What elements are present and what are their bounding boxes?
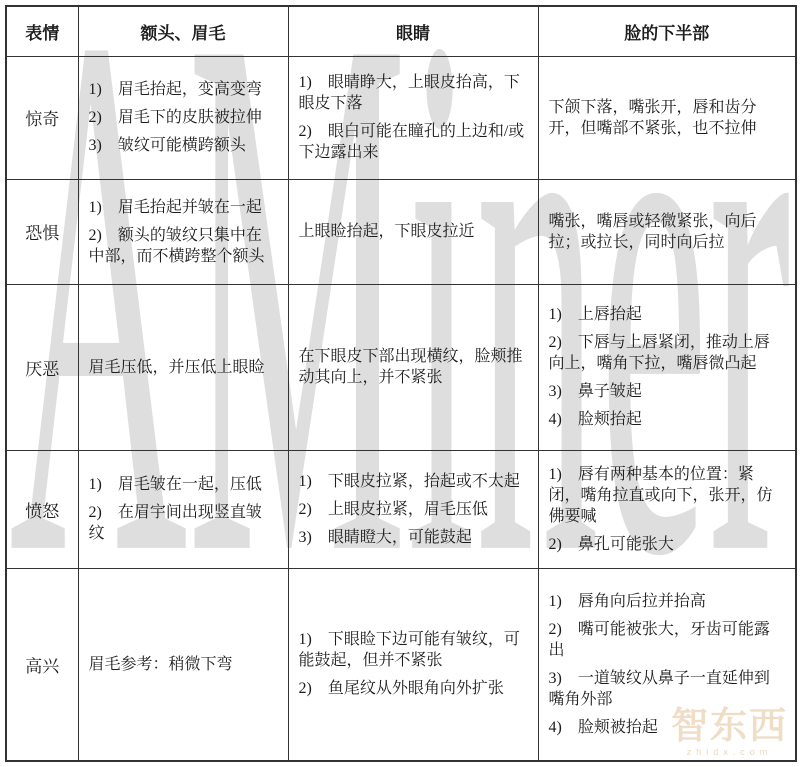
table-row-disgust: 厌恶 眉毛压低，并压低上眼睑 在下眼皮下部出现横纹，脸颊推动其向上，并不紧张 1… [6,285,796,450]
cell-paragraph: 2) 鱼尾纹从外眼角向外扩张 [299,678,528,699]
cell-paragraph: 2) 上眼皮拉紧，眉毛压低 [299,499,528,520]
cell-paragraph: 3) 眼睛瞪大，可能鼓起 [299,527,528,548]
forehead-cell: 眉毛参考：稍微下弯 [78,568,288,761]
forehead-cell: 1) 眉毛抬起并皱在一起2) 额头的皱纹只集中在中部，而不横跨整个额头 [78,179,288,284]
emotion-label: 高兴 [6,568,78,761]
cell-paragraph: 1) 眉毛皱在一起，压低 [89,474,278,495]
cell-paragraph: 下颌下落，嘴张开，唇和齿分开，但嘴部不紧张，也不拉伸 [549,97,786,139]
cell-paragraph: 1) 眼睛睁大，上眼皮抬高，下眼皮下落 [299,72,528,114]
cell-paragraph: 眉毛参考：稍微下弯 [89,654,278,675]
facial-expression-table: 表情 额头、眉毛 眼睛 脸的下半部 惊奇 1) 眉毛抬起，变高变弯2) 眉毛下的… [5,5,797,762]
eyes-cell: 1) 眼睛睁大，上眼皮抬高，下眼皮下落2) 眼白可能在瞳孔的上边和/或下边露出来 [288,56,538,179]
emotion-label: 厌恶 [6,285,78,450]
cell-paragraph: 1) 眉毛抬起，变高变弯 [89,79,278,100]
cell-paragraph: 2) 在眉宇间出现竖直皱纹 [89,502,278,544]
forehead-cell: 眉毛压低，并压低上眼睑 [78,285,288,450]
cell-paragraph: 3) 一道皱纹从鼻子一直延伸到嘴角外部 [549,668,786,710]
table-row-fear: 恐惧 1) 眉毛抬起并皱在一起2) 额头的皱纹只集中在中部，而不横跨整个额头 上… [6,179,796,284]
lower-face-cell: 下颌下落，嘴张开，唇和齿分开，但嘴部不紧张，也不拉伸 [538,56,796,179]
cell-paragraph: 2) 鼻孔可能张大 [549,534,786,555]
lower-face-cell: 嘴张，嘴唇或轻微紧张，向后拉；或拉长，同时向后拉 [538,179,796,284]
cell-paragraph: 4) 脸颊被抬起 [549,717,786,738]
lower-face-cell: 1) 唇有两种基本的位置：紧闭，嘴角拉直或向下，张开，仿佛要喊2) 鼻孔可能张大 [538,450,796,568]
emotion-label: 愤怒 [6,450,78,568]
page: AMiner 表情 额头、眉毛 眼睛 脸的下半部 惊奇 1) 眉毛抬起，变高变弯… [0,0,800,767]
header-row: 表情 额头、眉毛 眼睛 脸的下半部 [6,6,796,56]
header-expression: 表情 [6,6,78,56]
cell-paragraph: 3) 鼻子皱起 [549,381,786,402]
cell-paragraph: 2) 眼白可能在瞳孔的上边和/或下边露出来 [299,121,528,163]
emotion-label: 恐惧 [6,179,78,284]
cell-paragraph: 2) 嘴可能被张大，牙齿可能露出 [549,619,786,661]
eyes-cell: 1) 下眼皮拉紧，抬起或不太起2) 上眼皮拉紧，眉毛压低3) 眼睛瞪大，可能鼓起 [288,450,538,568]
table-row-happy: 高兴 眉毛参考：稍微下弯 1) 下眼睑下边可能有皱纹，可能鼓起，但并不紧张2) … [6,568,796,761]
cell-paragraph: 在下眼皮下部出现横纹，脸颊推动其向上，并不紧张 [299,346,528,388]
table-row-surprise: 惊奇 1) 眉毛抬起，变高变弯2) 眉毛下的皮肤被拉伸3) 皱纹可能横跨额头 1… [6,56,796,179]
forehead-cell: 1) 眉毛抬起，变高变弯2) 眉毛下的皮肤被拉伸3) 皱纹可能横跨额头 [78,56,288,179]
cell-paragraph: 上眼睑抬起，下眼皮拉近 [299,221,528,242]
header-lower-face: 脸的下半部 [538,6,796,56]
cell-paragraph: 1) 下眼睑下边可能有皱纹，可能鼓起，但并不紧张 [299,629,528,671]
lower-face-cell: 1) 唇角向后拉并抬高2) 嘴可能被张大，牙齿可能露出3) 一道皱纹从鼻子一直延… [538,568,796,761]
cell-paragraph: 1) 眉毛抬起并皱在一起 [89,197,278,218]
cell-paragraph: 2) 眉毛下的皮肤被拉伸 [89,107,278,128]
emotion-label: 惊奇 [6,56,78,179]
cell-paragraph: 1) 唇有两种基本的位置：紧闭，嘴角拉直或向下，张开，仿佛要喊 [549,464,786,527]
cell-paragraph: 1) 上唇抬起 [549,304,786,325]
eyes-cell: 上眼睑抬起，下眼皮拉近 [288,179,538,284]
eyes-cell: 在下眼皮下部出现横纹，脸颊推动其向上，并不紧张 [288,285,538,450]
table-row-anger: 愤怒 1) 眉毛皱在一起，压低2) 在眉宇间出现竖直皱纹 1) 下眼皮拉紧，抬起… [6,450,796,568]
lower-face-cell: 1) 上唇抬起2) 下唇与上唇紧闭，推动上唇向上，嘴角下拉，嘴唇微凸起3) 鼻子… [538,285,796,450]
cell-paragraph: 3) 皱纹可能横跨额头 [89,135,278,156]
cell-paragraph: 1) 下眼皮拉紧，抬起或不太起 [299,471,528,492]
cell-paragraph: 嘴张，嘴唇或轻微紧张，向后拉；或拉长，同时向后拉 [549,211,786,253]
eyes-cell: 1) 下眼睑下边可能有皱纹，可能鼓起，但并不紧张2) 鱼尾纹从外眼角向外扩张 [288,568,538,761]
header-forehead-eyebrows: 额头、眉毛 [78,6,288,56]
cell-paragraph: 2) 额头的皱纹只集中在中部，而不横跨整个额头 [89,225,278,267]
cell-paragraph: 4) 脸颊抬起 [549,409,786,430]
header-eyes: 眼睛 [288,6,538,56]
cell-paragraph: 1) 唇角向后拉并抬高 [549,591,786,612]
cell-paragraph: 2) 下唇与上唇紧闭，推动上唇向上，嘴角下拉，嘴唇微凸起 [549,332,786,374]
forehead-cell: 1) 眉毛皱在一起，压低2) 在眉宇间出现竖直皱纹 [78,450,288,568]
cell-paragraph: 眉毛压低，并压低上眼睑 [89,357,278,378]
